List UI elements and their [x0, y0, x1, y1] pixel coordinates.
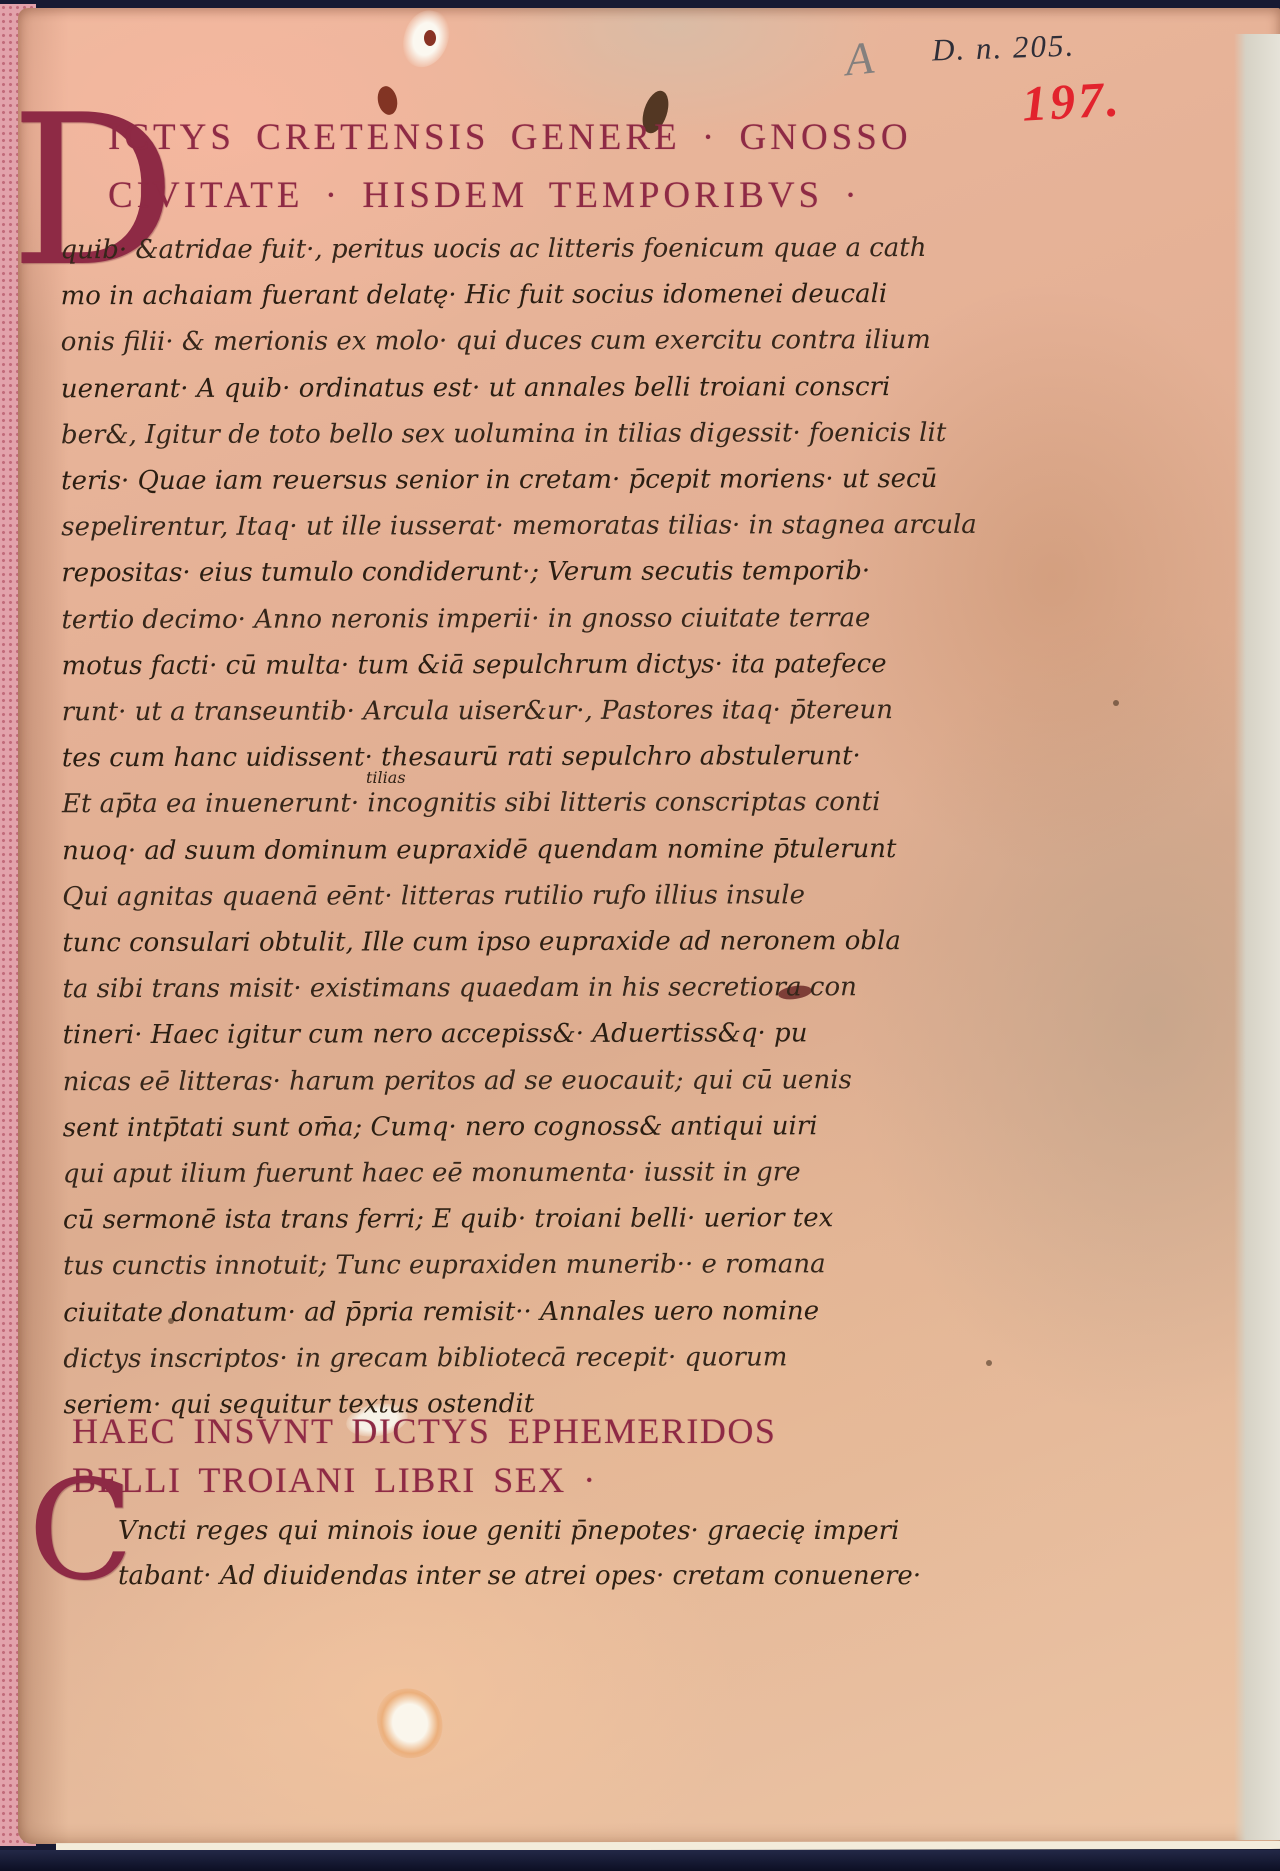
red-ink-spot — [424, 30, 436, 46]
page-edge-right — [1234, 34, 1280, 1840]
text-line: mo in achaiam fuerant delatę· Hic fuit s… — [61, 271, 1001, 320]
prologue-text-block: quib· &atridae fuit·, peritus uocis ac l… — [60, 225, 1003, 1429]
text-line: tus cunctis innotuit; Tunc eupraxiden mu… — [63, 1241, 1003, 1290]
interlinear-gloss: tilias — [366, 768, 406, 787]
rubric-heading-line: CIVITATE · HISDEM TEMPORIBVS · — [108, 174, 861, 217]
pencil-mark: A — [842, 31, 875, 87]
text-line: quib· &atridae fuit·, peritus uocis ac l… — [60, 225, 1000, 274]
text-line: nuoq· ad suum dominum eupraxidē quendam … — [62, 825, 1002, 874]
text-line: ber&, Igitur de toto bello sex uolumina … — [61, 410, 1001, 459]
text-line: teris· Quae iam reuersus senior in creta… — [61, 456, 1001, 505]
text-line: onis filii· & merionis ex molo· qui duce… — [61, 317, 1001, 366]
text-line: tabant· Ad diuidendas inter se atrei ope… — [118, 1561, 921, 1591]
text-line: sent intp̄tati sunt om̄a; Cumq· nero cog… — [63, 1103, 1003, 1152]
text-line: Vncti reges qui minois ioue geniti p̄nep… — [118, 1516, 899, 1546]
text-line: repositas· eius tumulo condiderunt·; Ver… — [61, 548, 1001, 597]
text-line: tertio decimo· Anno neronis imperii· in … — [61, 594, 1001, 643]
text-line: runt· ut a transeuntib· Arcula uiser&ur·… — [62, 687, 1002, 736]
text-line: uenerant· A quib· ordinatus est· ut anna… — [61, 363, 1001, 412]
text-line: dictys inscriptos· in grecam bibliotecā… — [63, 1334, 1003, 1383]
text-line: cū sermonē ista trans ferri; E quib· tro… — [63, 1195, 1003, 1244]
rubric-heading-line: ICTYS CRETENSIS GENERE · GNOSSO — [108, 116, 912, 159]
text-line: sepelirentur, Itaq· ut ille iusserat· me… — [61, 502, 1001, 551]
text-line: ciuitate donatum· ad p̄pria remisit·· An… — [63, 1287, 1003, 1336]
text-line: ta sibi trans misit· existimans quaedam … — [62, 964, 1002, 1013]
text-line: tes cum hanc uidissent· thesaurū rati se… — [62, 733, 1002, 782]
speck — [1113, 700, 1119, 706]
rubric-heading-line: HAEC INSVNT DICTYS EPHEMERIDOS — [72, 1410, 776, 1452]
text-line: nicas eē litteras· harum peritos ad se e… — [63, 1056, 1003, 1105]
rubric-heading-line: BELLI TROIANI LIBRI SEX · — [72, 1459, 597, 1501]
folio-number: 197. — [1021, 69, 1123, 132]
text-line: Qui agnitas quaenā eēnt· litteras rutili… — [62, 872, 1002, 921]
text-line: Et ap̄ta ea inuenerunt· incognitis sibi … — [62, 779, 1002, 828]
scan-background-strip — [0, 1850, 1280, 1871]
text-line: qui aput ilium fuerunt haec eē monumenta… — [63, 1149, 1003, 1198]
text-line: tunc consulari obtulit, Ille cum ipso eu… — [62, 918, 1002, 967]
text-line: tineri· Haec igitur cum nero accepiss&· … — [62, 1010, 1002, 1059]
ink-shelfmark: D. n. 205. — [931, 28, 1075, 69]
text-line: motus facti· cū multa· tum &iā sepulchru… — [62, 641, 1002, 690]
manuscript-page-photo: A D. n. 205. 197. D ICTYS CRETENSIS GENE… — [0, 0, 1280, 1871]
